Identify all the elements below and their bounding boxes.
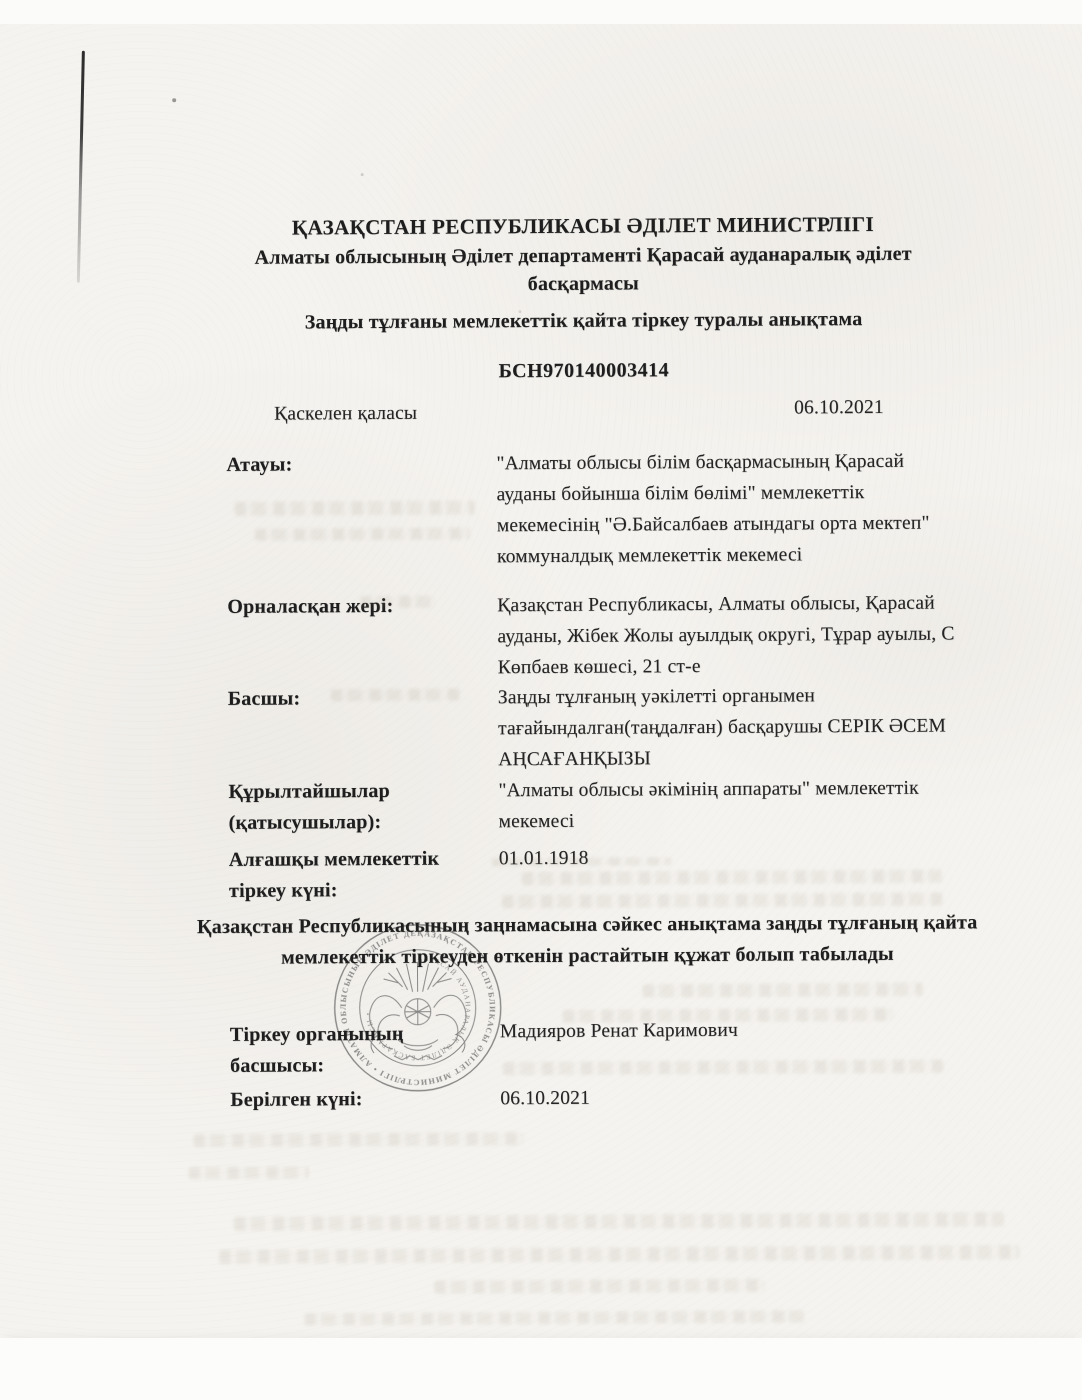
document-page: ҚАЗАҚСТАН РЕСПУБЛИКАСЫ ӘДІЛЕТ МИНИСТРЛІГ… xyxy=(0,0,1082,1400)
field-label-first-registration: Алғашқы мемлекеттік тіркеу күні: xyxy=(229,843,469,906)
bleed-through-smudge xyxy=(522,870,942,886)
field-label-location: Орналасқан жері: xyxy=(227,590,475,623)
bleed-through-smudge xyxy=(305,1310,805,1325)
field-label-registrar: Тіркеу органының басшысы: xyxy=(230,1019,445,1082)
field-value-registrar: Мадияров Ренат Каримович xyxy=(500,1013,968,1047)
field-label-name: Атауы: xyxy=(226,448,474,481)
bin-number: БСН970140003414 xyxy=(89,353,1079,390)
field-value-founders: "Алматы облысы әкімінің аппараты" мемлек… xyxy=(498,772,966,837)
field-value-head: Заңды тұлғаның уәкілетті органымен тағай… xyxy=(498,679,967,775)
bleed-through-smudge xyxy=(434,1279,764,1294)
field-value-location: Қазақстан Республикасы, Алматы облысы, Қ… xyxy=(497,587,966,683)
bleed-through-smudge xyxy=(194,1132,524,1147)
issue-city: Қаскелен қаласы xyxy=(274,398,417,430)
bleed-through-smudge xyxy=(235,500,475,515)
bleed-through-smudge xyxy=(492,857,672,866)
bleed-through-smudge xyxy=(643,983,923,998)
field-value-issue-date: 06.10.2021 xyxy=(500,1080,968,1114)
scan-bottom-margin xyxy=(0,1338,1082,1400)
scan-speck xyxy=(361,173,364,176)
field-label-founders: Құрылтайшылар (қатысушылар): xyxy=(228,775,463,838)
legal-statement: Қазақстан Республикасының заңнамасына сә… xyxy=(162,907,1012,974)
field-label-issue-date: Берілген күні: xyxy=(230,1083,478,1116)
bleed-through-smudge xyxy=(360,596,435,608)
bleed-through-smudge xyxy=(255,527,470,540)
bleed-through-smudge xyxy=(331,688,461,701)
bleed-through-smudge xyxy=(234,1212,1004,1231)
bleed-through-smudge xyxy=(189,1166,309,1179)
bleed-through-smudge xyxy=(219,1245,1019,1264)
issue-date-top: 06.10.2021 xyxy=(794,392,884,424)
document-content: ҚАЗАҚСТАН РЕСПУБЛИКАСЫ ӘДІЛЕТ МИНИСТРЛІГ… xyxy=(0,0,1082,1400)
department-title-line2: басқармасы xyxy=(88,266,1078,303)
field-value-name: "Алматы облысы білім басқармасының Қарас… xyxy=(496,445,965,572)
document-subtitle: Заңды тұлғаны мемлекеттік қайта тіркеу т… xyxy=(88,303,1078,340)
scan-artifact-line xyxy=(77,51,85,283)
bleed-through-smudge xyxy=(502,893,942,909)
bleed-through-smudge xyxy=(503,1060,943,1076)
scan-speck xyxy=(172,98,176,102)
